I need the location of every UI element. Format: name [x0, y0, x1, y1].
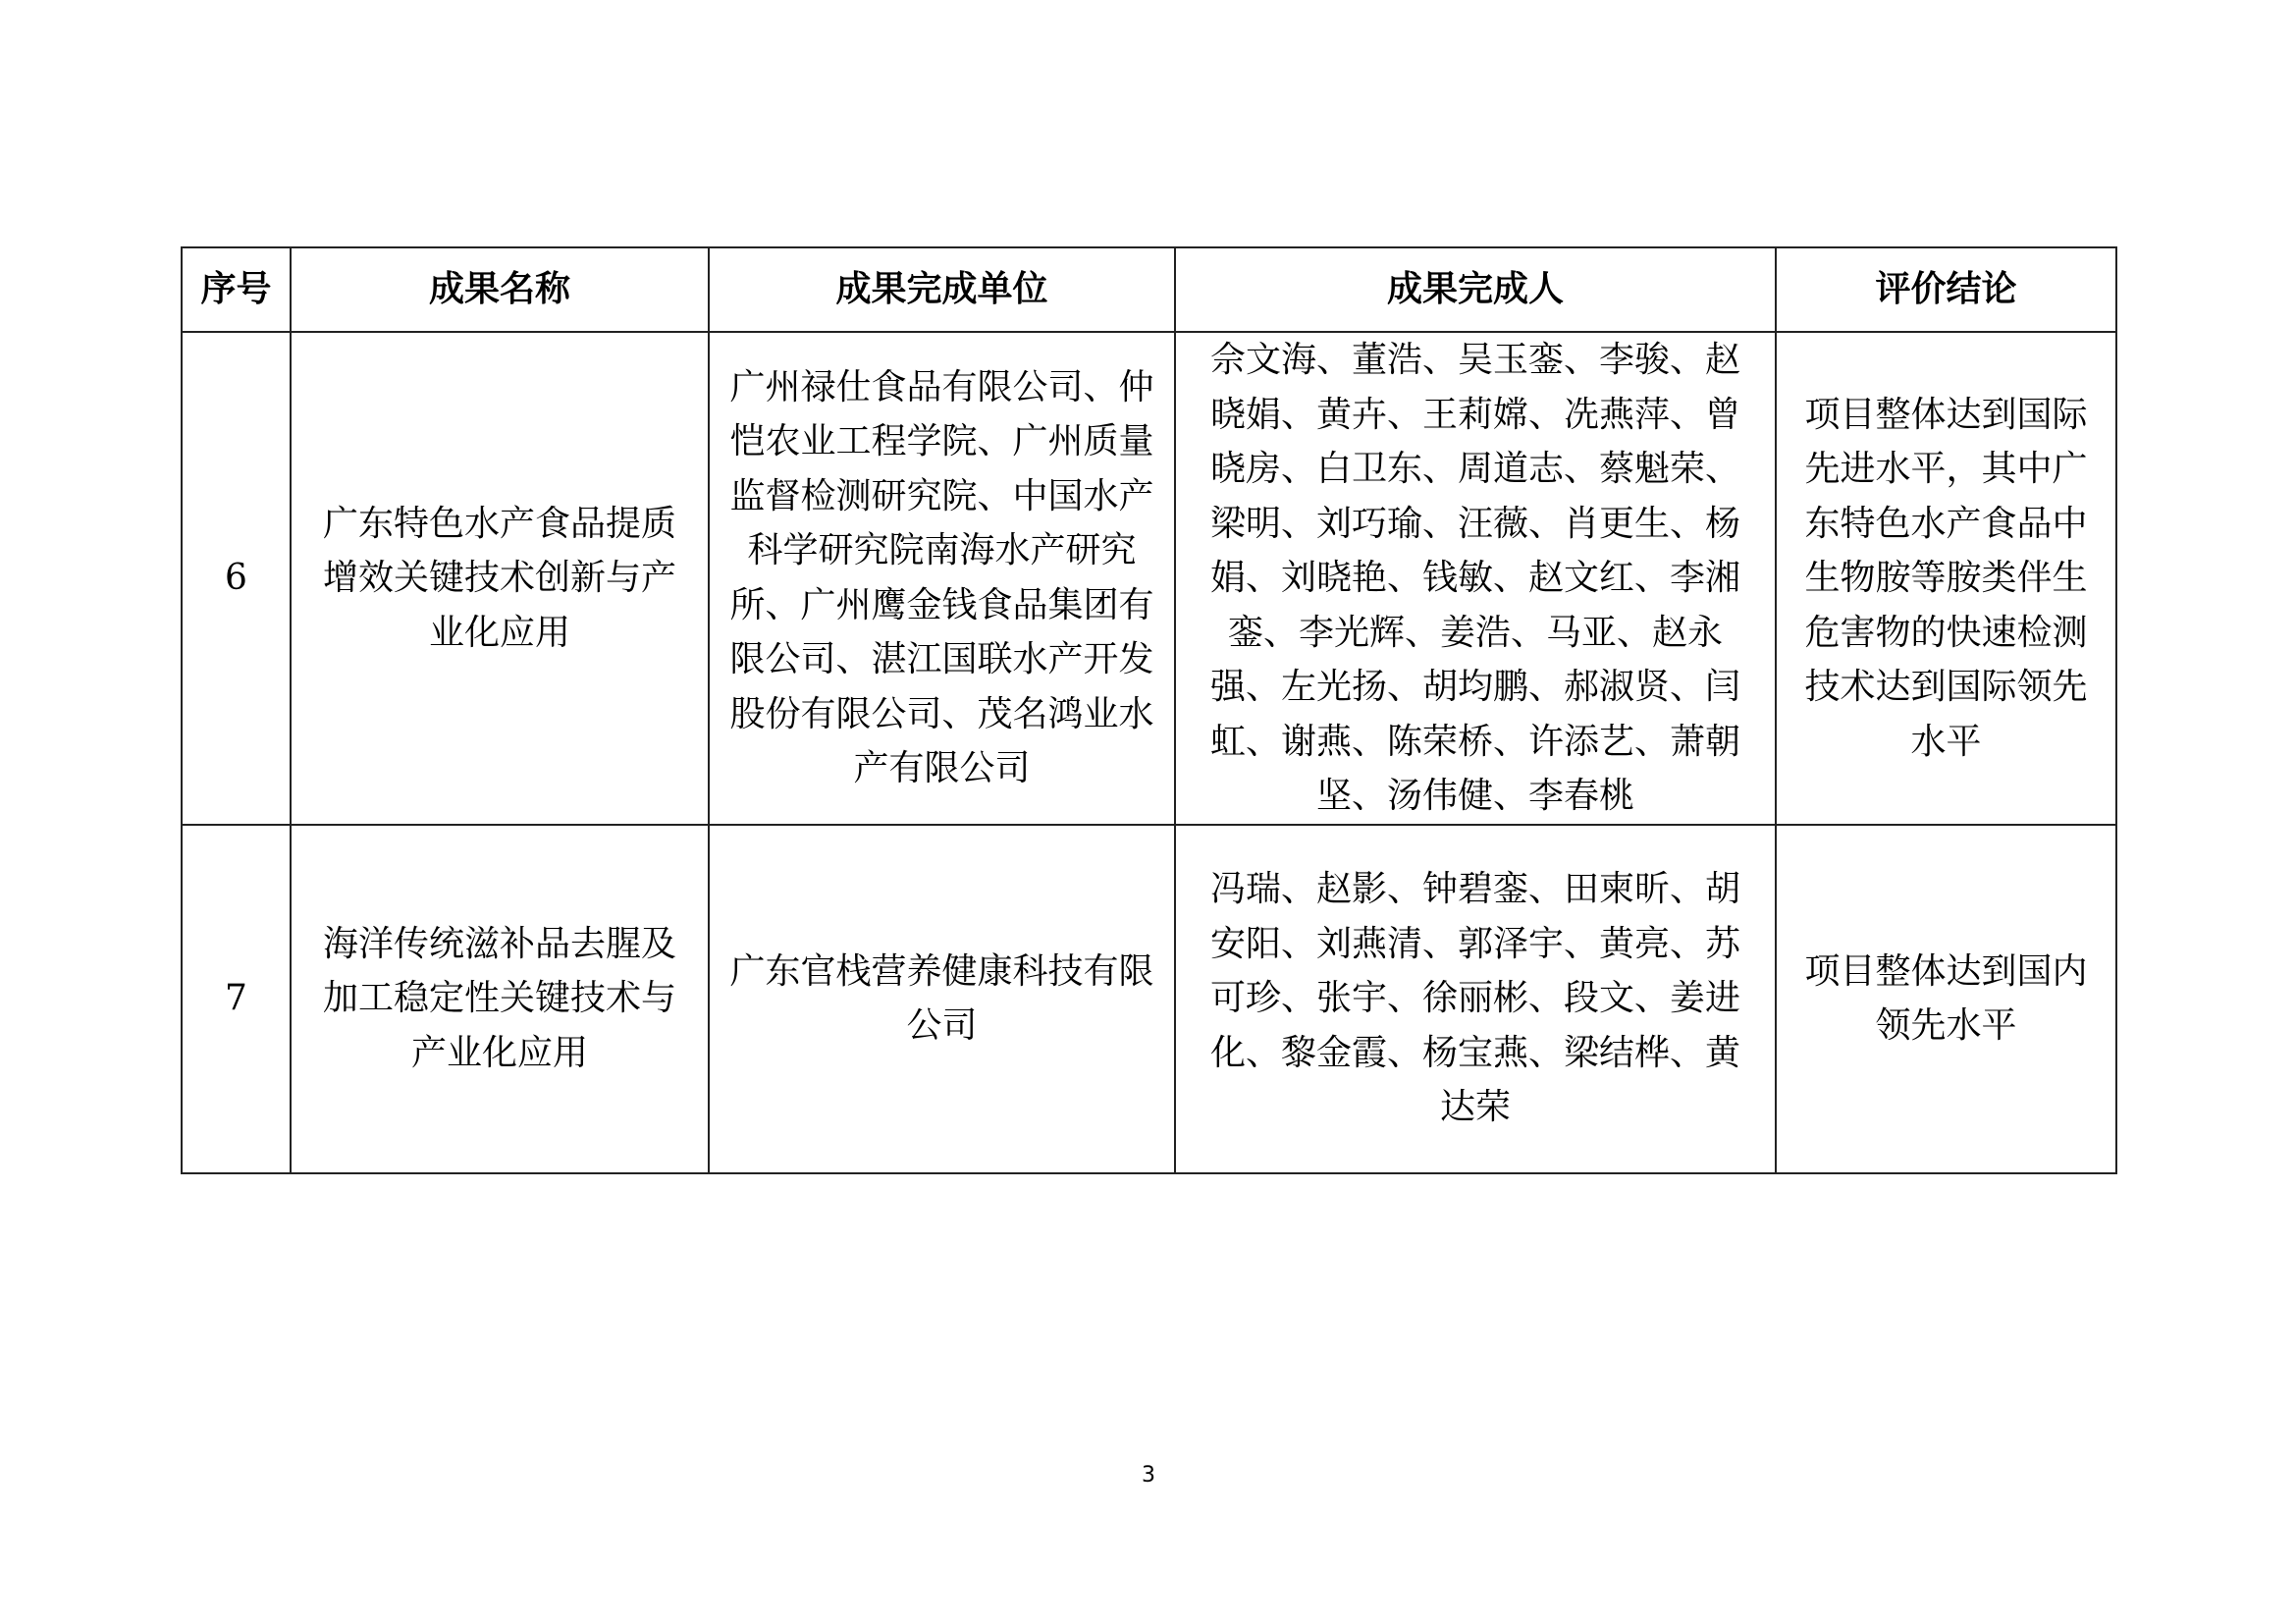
- table-row: 6 广东特色水产食品提质增效关键技术创新与产业化应用 广州禄仕食品有限公司、仲恺…: [182, 332, 2116, 825]
- table-row: 7 海洋传统滋补品去腥及加工稳定性关键技术与产业化应用 广东官栈营养健康科技有限…: [182, 825, 2116, 1173]
- completing-units: 广州禄仕食品有限公司、仲恺农业工程学院、广州质量监督检测研究院、中国水产科学研究…: [727, 360, 1156, 796]
- achievement-name: 广东特色水产食品提质增效关键技术创新与产业化应用: [309, 497, 690, 661]
- header-evaluation: 评价结论: [1776, 247, 2116, 332]
- cell-index: 6: [182, 332, 291, 825]
- cell-unit: 广州禄仕食品有限公司、仲恺农业工程学院、广州质量监督检测研究院、中国水产科学研究…: [709, 332, 1175, 825]
- completing-people: 冯瑞、赵影、钟碧銮、田柬昕、胡安阳、刘燕清、郭泽宇、黄亮、苏可珍、张宇、徐丽彬、…: [1194, 862, 1757, 1135]
- cell-name: 广东特色水产食品提质增效关键技术创新与产业化应用: [291, 332, 709, 825]
- page-number: 3: [1129, 1463, 1168, 1488]
- cell-evaluation: 项目整体达到国际先进水平，其中广东特色水产食品中生物胺等胺类伴生危害物的快速检测…: [1776, 332, 2116, 825]
- evaluation-conclusion: 项目整体达到国际先进水平，其中广东特色水产食品中生物胺等胺类伴生危害物的快速检测…: [1794, 388, 2098, 770]
- header-people: 成果完成人: [1175, 247, 1776, 332]
- cell-name: 海洋传统滋补品去腥及加工稳定性关键技术与产业化应用: [291, 825, 709, 1173]
- cell-index: 7: [182, 825, 291, 1173]
- completing-people: 佘文海、董浩、吴玉銮、李骏、赵晓娟、黄卉、王莉嫦、冼燕萍、曾晓房、白卫东、周道志…: [1194, 333, 1757, 824]
- header-name: 成果名称: [291, 247, 709, 332]
- cell-people: 佘文海、董浩、吴玉銮、李骏、赵晓娟、黄卉、王莉嫦、冼燕萍、曾晓房、白卫东、周道志…: [1175, 332, 1776, 825]
- header-index: 序号: [182, 247, 291, 332]
- cell-people: 冯瑞、赵影、钟碧銮、田柬昕、胡安阳、刘燕清、郭泽宇、黄亮、苏可珍、张宇、徐丽彬、…: [1175, 825, 1776, 1173]
- achievements-table: 序号 成果名称 成果完成单位 成果完成人 评价结论 6 广东特色水产食品提质增效…: [181, 246, 2117, 1174]
- document-page: 序号 成果名称 成果完成单位 成果完成人 评价结论 6 广东特色水产食品提质增效…: [0, 0, 2296, 1624]
- completing-units: 广东官栈营养健康科技有限公司: [727, 945, 1156, 1054]
- cell-evaluation: 项目整体达到国内领先水平: [1776, 825, 2116, 1173]
- achievement-name: 海洋传统滋补品去腥及加工稳定性关键技术与产业化应用: [309, 917, 690, 1081]
- cell-unit: 广东官栈营养健康科技有限公司: [709, 825, 1175, 1173]
- header-unit: 成果完成单位: [709, 247, 1175, 332]
- table-header-row: 序号 成果名称 成果完成单位 成果完成人 评价结论: [182, 247, 2116, 332]
- evaluation-conclusion: 项目整体达到国内领先水平: [1794, 945, 2098, 1054]
